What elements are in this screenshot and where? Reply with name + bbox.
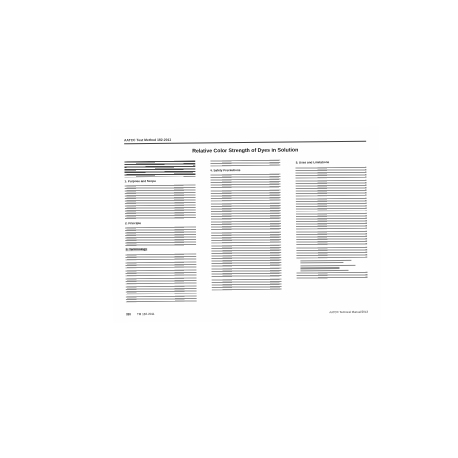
paragraph-block: [210, 203, 281, 213]
paragraph-block: [210, 174, 281, 179]
list-item-line: [301, 267, 340, 269]
footer-page-number: 320: [126, 312, 131, 316]
paragraph-block: [125, 227, 196, 247]
footer-left: 320 TM 182-2011: [126, 312, 155, 316]
column-1: 1. Purpose and Scope2. Principle3. Termi…: [124, 160, 196, 308]
body-columns: 1. Purpose and Scope2. Principle3. Termi…: [124, 159, 368, 309]
section-heading: 3. Terminology: [125, 248, 196, 252]
paragraph-block: [296, 166, 367, 178]
paragraph-block: [297, 272, 368, 279]
column-3: 5. Uses and Limitations: [296, 159, 368, 307]
paragraph-block: [126, 296, 197, 303]
paragraph-block: [296, 231, 367, 246]
list-item-line: [301, 259, 352, 261]
paragraph-block: [296, 197, 367, 212]
paragraph-block: [210, 190, 281, 202]
paragraph-block: [125, 205, 196, 220]
footer-method-code: TM 182-2011: [137, 312, 155, 316]
section-heading: 4. Safety Precautions: [210, 168, 281, 172]
paragraph-block: [211, 221, 282, 231]
paragraph-block: [211, 278, 282, 290]
section-heading: 1. Purpose and Scope: [125, 179, 196, 183]
paragraph-block: [125, 253, 196, 260]
list-item-line: [301, 270, 349, 272]
paragraph-block: [296, 179, 367, 196]
section-heading: 5. Uses and Limitations: [296, 161, 367, 165]
paragraph-block: [125, 184, 196, 204]
paragraph-block: [125, 261, 196, 268]
paragraph-block: [211, 255, 282, 267]
foreword-paragraph: [124, 160, 195, 177]
paragraph-block: [125, 269, 196, 276]
paragraph-block: [126, 277, 197, 284]
page-title: Relative Color Strength of Dyes in Solut…: [134, 147, 356, 155]
paragraph-block: [211, 268, 282, 278]
page-footer: 320 TM 182-2011 AATCC Technical Manual/2…: [126, 310, 368, 317]
list-item-line: [301, 265, 356, 267]
footer-manual-name: AATCC Technical Manual/2013: [329, 310, 368, 314]
paragraph-block: [211, 232, 282, 244]
scan-canvas: AATCC Test Method 182-2011 Relative Colo…: [0, 0, 458, 458]
paragraph-block: [296, 213, 367, 230]
paragraph-block: [210, 179, 281, 189]
paragraph-block: [126, 285, 197, 295]
paragraph-block: [211, 244, 282, 254]
column-2: 4. Safety Precautions: [210, 160, 282, 308]
paragraph-block: [297, 246, 368, 258]
document-page: AATCC Test Method 182-2011 Relative Colo…: [111, 127, 381, 323]
paragraph-block: [210, 160, 281, 167]
list-item-line: [301, 262, 343, 264]
section-heading: 2. Principle: [125, 221, 196, 225]
paragraph-block: [211, 213, 282, 220]
